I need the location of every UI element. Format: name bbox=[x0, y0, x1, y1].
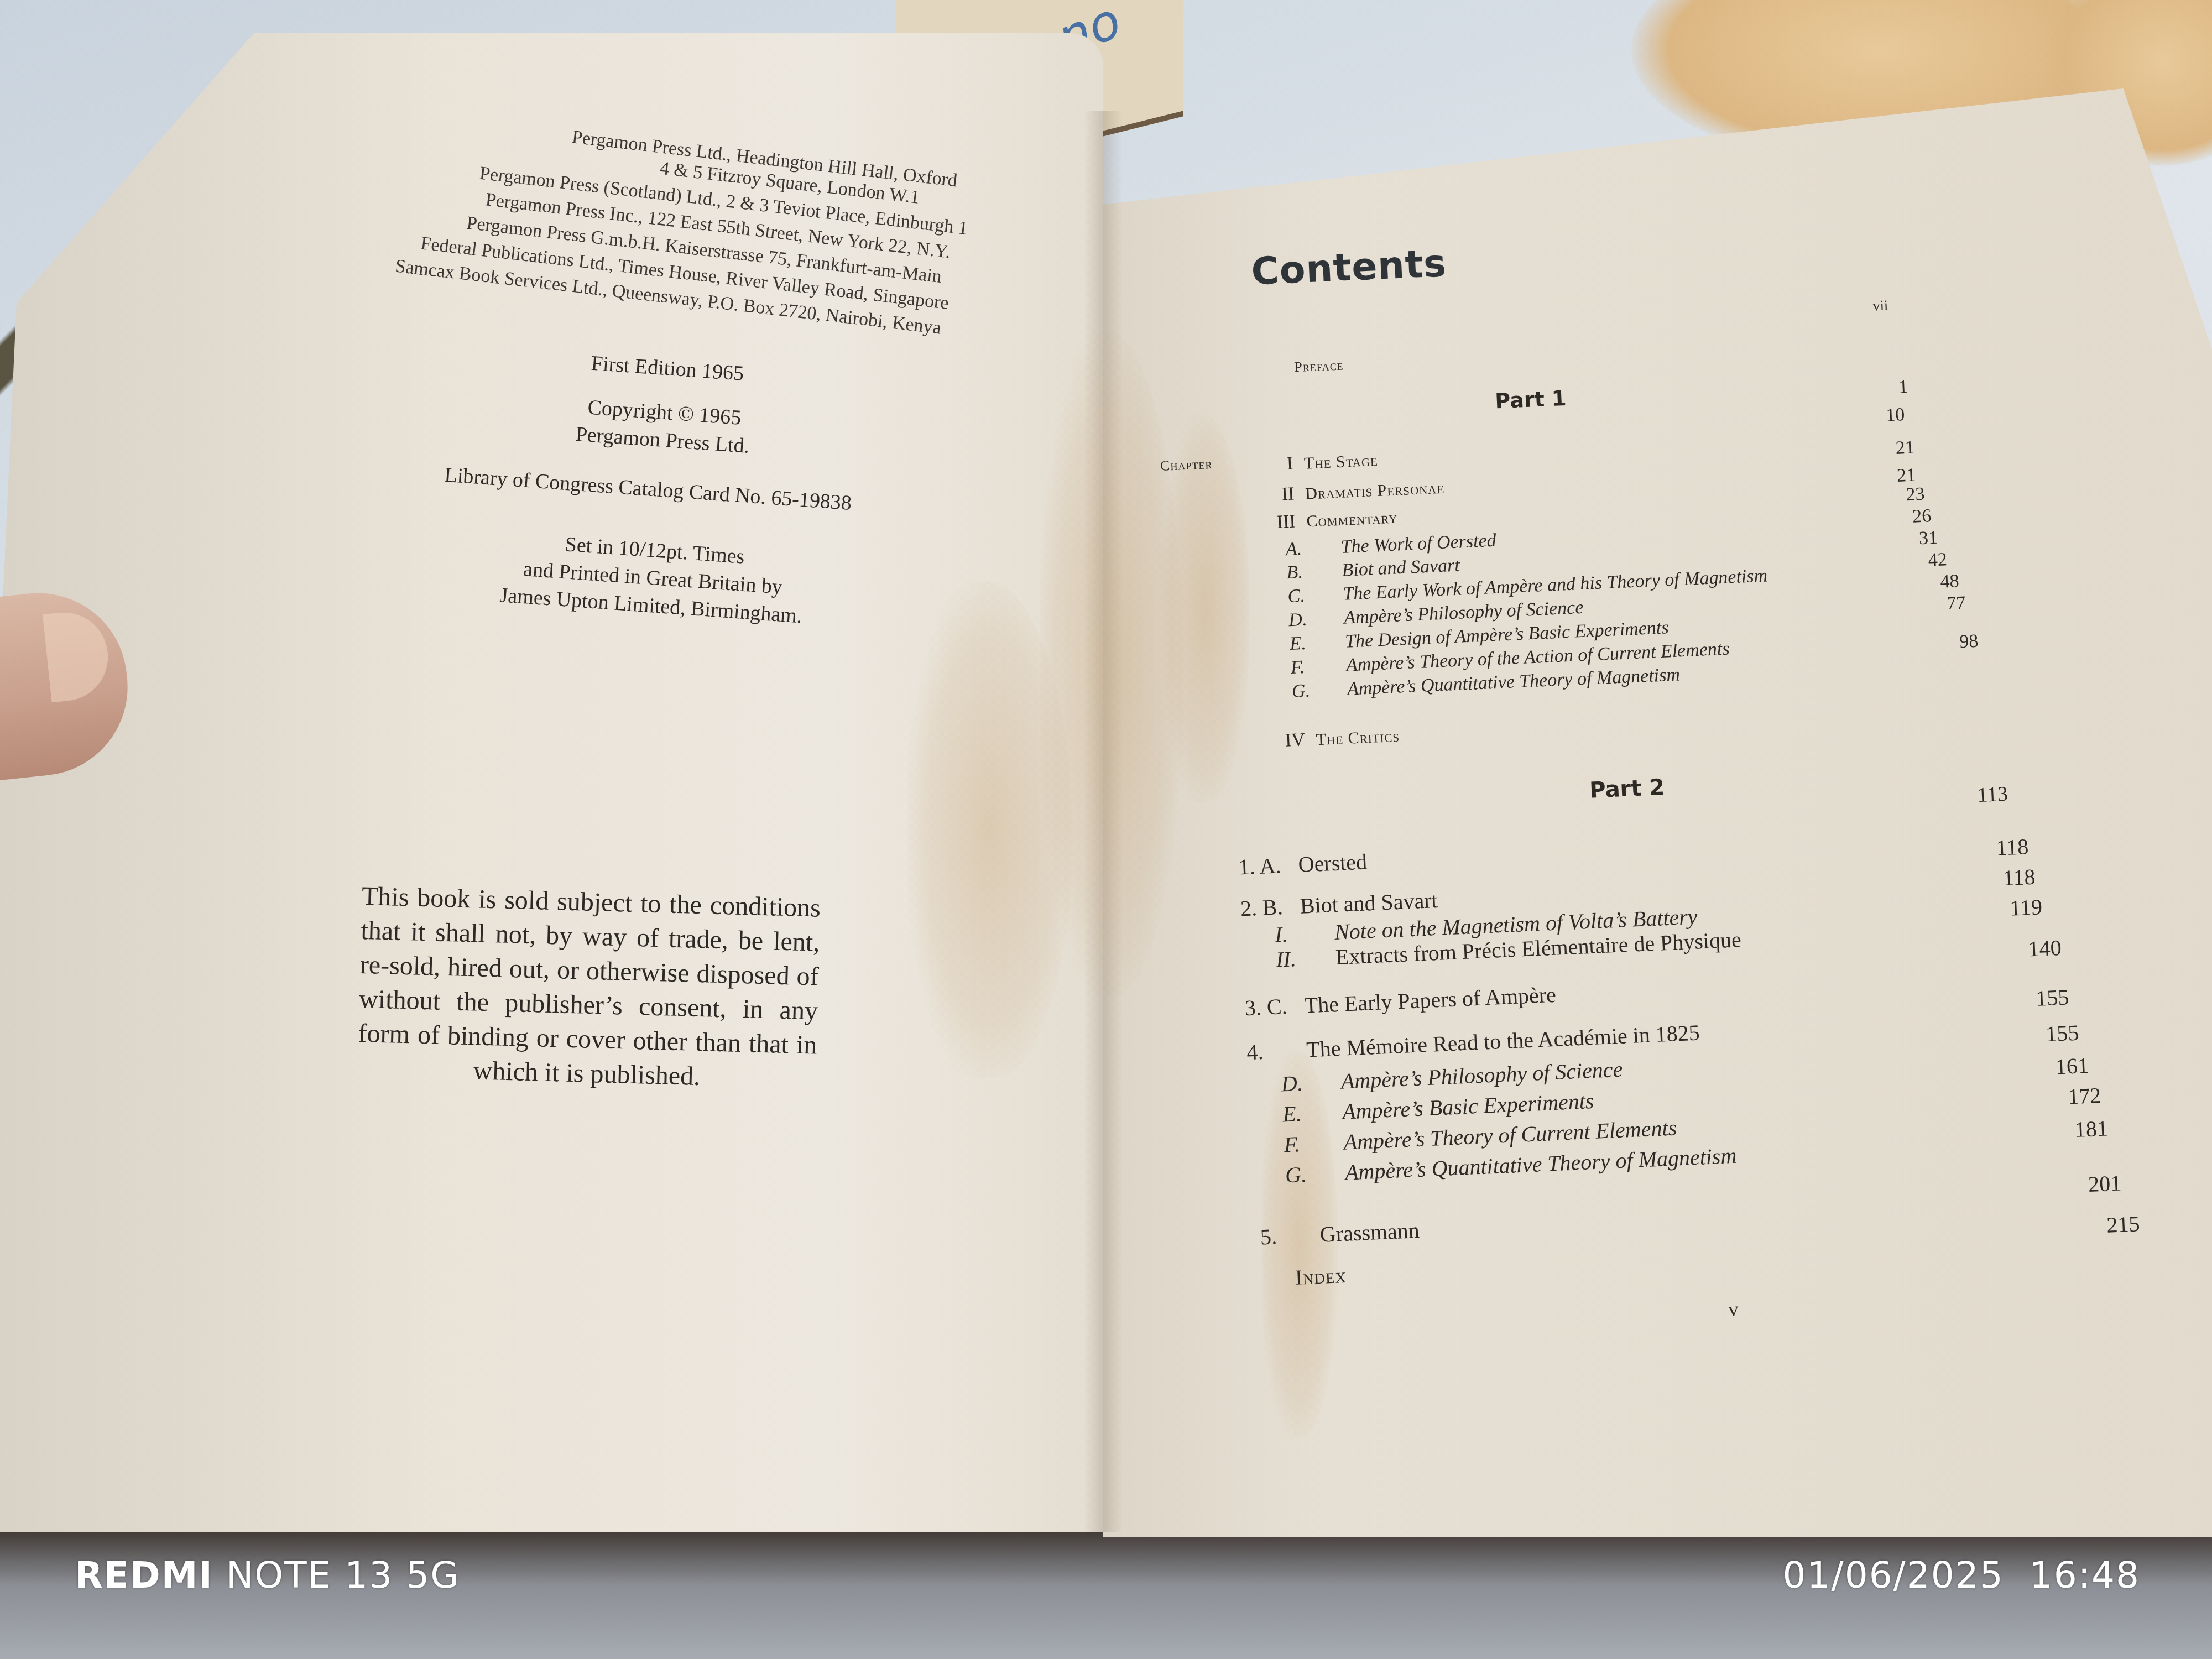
toc-entry-page: 21 bbox=[1895, 437, 1915, 459]
toc-entry[interactable]: Index bbox=[1295, 1262, 1347, 1290]
toc-entry-title: The Stage bbox=[1303, 451, 1378, 473]
toc-entry-page: 26 bbox=[1912, 505, 1932, 527]
toc-entry-number: B. bbox=[1286, 561, 1332, 583]
toc-entry-page: 23 bbox=[1906, 484, 1926, 505]
toc-entry[interactable]: 4.The Mémoire Read to the Académie in 18… bbox=[1246, 1019, 1700, 1065]
toc-entry-page: 201 bbox=[2088, 1170, 2122, 1197]
toc-entry-number: A. bbox=[1285, 538, 1331, 560]
table-of-contents: Contents Preface vii Part 1 1 ChapterITh… bbox=[1156, 193, 2212, 1343]
toc-entry-title: Biot and Savart bbox=[1300, 888, 1438, 919]
part-1-page: 1 bbox=[1898, 377, 1908, 398]
toc-entry-title: The Early Papers of Ampère bbox=[1304, 982, 1557, 1018]
toc-entry[interactable]: 5.Grassmann bbox=[1260, 1217, 1420, 1250]
page-number: vii bbox=[1872, 297, 1888, 314]
toc-entry-number: E. bbox=[1282, 1099, 1333, 1128]
toc-entry-number: I. bbox=[1274, 920, 1325, 948]
toc-entry[interactable]: IIDramatis Personae bbox=[1250, 477, 1445, 507]
toc-entry-page: 155 bbox=[2035, 984, 2069, 1011]
toc-entry-page: 118 bbox=[1996, 833, 2030, 861]
toc-entry-number: G. bbox=[1291, 680, 1337, 702]
page-number: 113 bbox=[1976, 782, 2008, 807]
device-model: NOTE 13 5G bbox=[226, 1554, 460, 1597]
toc-entry-number: 4. bbox=[1246, 1037, 1297, 1065]
chapter-label: Chapter bbox=[1160, 456, 1213, 474]
toc-entry-number: E. bbox=[1289, 632, 1334, 655]
device-brand: REDMI bbox=[75, 1554, 213, 1597]
camera-watermark-device: REDMI NOTE 13 5G bbox=[75, 1554, 460, 1597]
toc-entry-title: Dramatis Personae bbox=[1305, 479, 1445, 503]
toc-entry[interactable]: 1. A.Oersted bbox=[1238, 848, 1368, 880]
toc-entry-number: I bbox=[1248, 453, 1293, 476]
sale-conditions-notice: This book is sold subject to the conditi… bbox=[357, 879, 821, 1097]
toc-entry-number: II. bbox=[1275, 945, 1326, 973]
toc-entry-number: II bbox=[1250, 484, 1295, 507]
toc-entry-page: 172 bbox=[2067, 1082, 2101, 1110]
toc-entry-number: III bbox=[1251, 511, 1296, 534]
toc-entry[interactable]: IThe Stage bbox=[1248, 450, 1378, 476]
toc-entry[interactable]: IIICommentary bbox=[1251, 507, 1398, 534]
toc-entry-page: 161 bbox=[2055, 1052, 2089, 1080]
toc-entry-page: 98 bbox=[1959, 631, 1979, 653]
toc-preface-page: vii bbox=[1872, 297, 1888, 314]
toc-entry-page: 31 bbox=[1918, 528, 1938, 549]
toc-entry[interactable]: A.The Work of Oersted bbox=[1285, 530, 1496, 561]
toc-entry[interactable]: IVThe Critics bbox=[1260, 726, 1400, 753]
toc-entry-number: 3. C. bbox=[1244, 993, 1295, 1021]
toc-entry[interactable]: 3. C.The Early Papers of Ampère bbox=[1244, 982, 1557, 1021]
toc-entry-number: IV bbox=[1260, 729, 1306, 752]
toc-entry-title: Grassmann bbox=[1319, 1218, 1420, 1247]
toc-entry-page: 10 bbox=[1885, 404, 1905, 426]
photo-time: 16:48 bbox=[2030, 1554, 2140, 1597]
part-2-heading: Part 2 bbox=[1589, 775, 1665, 804]
toc-entry-title: Oersted bbox=[1298, 849, 1368, 877]
toc-entry-number: C. bbox=[1287, 585, 1333, 607]
lcc-number: Library of Congress Catalog Card No. 65-… bbox=[388, 457, 908, 521]
part-2-page: 113 bbox=[1976, 782, 2008, 807]
part-1-heading: Part 1 bbox=[1495, 386, 1567, 414]
toc-entry-title: The Critics bbox=[1316, 727, 1400, 749]
toc-entry-page: 155 bbox=[2045, 1020, 2079, 1047]
toc-entry-page: 118 bbox=[2002, 864, 2036, 891]
toc-entry-title: The Work of Oersted bbox=[1340, 530, 1496, 557]
toc-entry-number: F. bbox=[1290, 656, 1335, 679]
toc-preface[interactable]: Preface bbox=[1294, 357, 1344, 375]
toc-entry-page: 48 bbox=[1940, 571, 1960, 592]
toc-entry-title: Commentary bbox=[1306, 508, 1398, 530]
toc-entry-page: 77 bbox=[1946, 593, 1966, 614]
toc-entry-page: 140 bbox=[2028, 935, 2062, 962]
toc-entry-title: The Mémoire Read to the Académie in 1825 bbox=[1306, 1020, 1700, 1062]
camera-watermark-datetime: 01/06/2025 16:48 bbox=[1782, 1554, 2140, 1597]
toc-entry-number: D. bbox=[1288, 608, 1334, 631]
toc-entry[interactable]: B.Biot and Savart bbox=[1286, 555, 1460, 584]
contents-title: Contents bbox=[1250, 242, 1447, 294]
toc-entry-page: 21 bbox=[1896, 465, 1916, 486]
toc-entry-page: 215 bbox=[2106, 1211, 2140, 1238]
toc-entry-number: 1. A. bbox=[1238, 852, 1289, 880]
toc-entry-page: 181 bbox=[2074, 1115, 2109, 1142]
edition-info: First Edition 1965 Copyright © 1965 Perg… bbox=[402, 337, 917, 637]
toc-entry-number: 2. B. bbox=[1240, 894, 1291, 922]
thumbnail bbox=[43, 608, 112, 703]
toc-entry-page: 42 bbox=[1928, 549, 1948, 571]
toc-entry-number: 5. bbox=[1260, 1222, 1311, 1250]
toc-entry-number: D. bbox=[1281, 1069, 1332, 1097]
toc-entry-number: F. bbox=[1284, 1130, 1334, 1158]
page-number: 1 bbox=[1898, 377, 1908, 398]
toc-entry-title: Index bbox=[1295, 1264, 1347, 1290]
toc-entry-number: G. bbox=[1285, 1160, 1335, 1188]
toc-entry-page: 119 bbox=[2009, 894, 2043, 921]
toc-entry-title: Ampère’s Basic Experiments bbox=[1342, 1088, 1594, 1124]
page-folio: v bbox=[1728, 1297, 1739, 1321]
photo-date: 01/06/2025 bbox=[1782, 1554, 2004, 1597]
toc-entry-title: Biot and Savart bbox=[1342, 555, 1460, 581]
toc-label: Preface bbox=[1294, 357, 1344, 375]
